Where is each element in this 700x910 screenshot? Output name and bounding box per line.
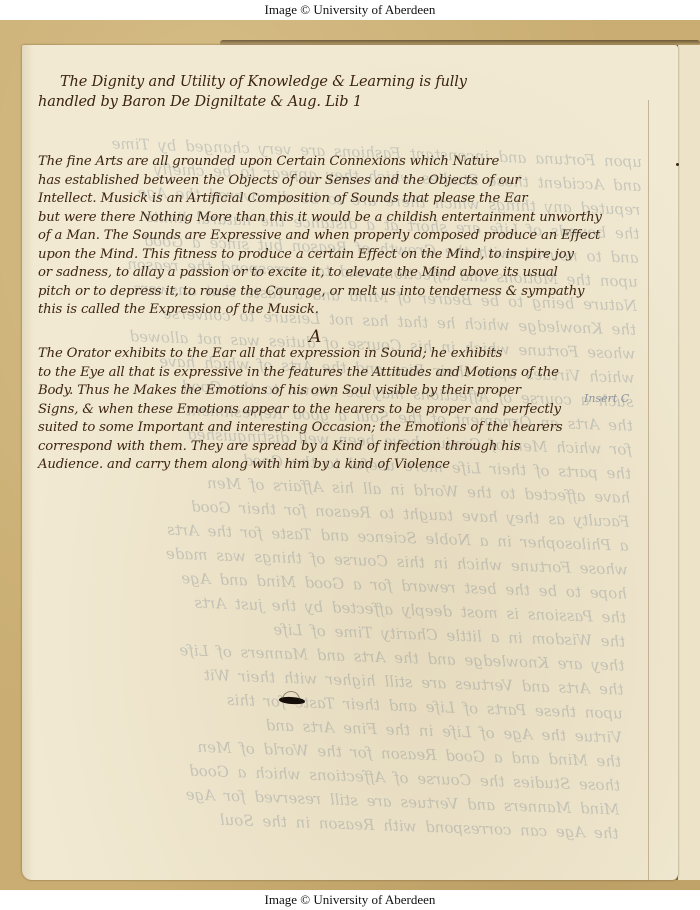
copyright-credit-top: Image © University of Aberdeen [0, 0, 700, 20]
margin-pencil-note: Insert C [584, 392, 629, 405]
text-line: to the Eye all that is expressive in the… [38, 364, 598, 383]
text-line: this is called the Expression of the Mus… [38, 301, 598, 320]
insertion-mark: A [309, 327, 321, 347]
text-line: The Orator exhibits to the Ear all that … [38, 345, 598, 364]
text-line: upon the Mind. This fitness to produce a… [38, 246, 598, 265]
text-line: Body. Thus he Makes the Emotions of his … [38, 382, 598, 401]
text-line: Intellect. Musick is an Artificial Compo… [38, 190, 598, 209]
text-line: pitch or to depress it, to rouse the Cou… [38, 283, 598, 302]
copyright-credit-bottom: Image © University of Aberdeen [0, 890, 700, 910]
heading-line: handled by Baron De Digniltate & Aug. Li… [38, 92, 588, 112]
text-line: suited to some Important and interesting… [38, 419, 598, 438]
page-crease [648, 100, 649, 880]
heading-line: The Dignity and Utility of Knowledge & L… [38, 72, 588, 92]
text-line: but were there Nothing More than this it… [38, 209, 598, 228]
text-line: of a Man. The Sounds are Expressive and … [38, 227, 598, 246]
manuscript-scan: upon Fortuna and inconstant Fashions are… [0, 20, 700, 890]
text-line: correspond with them. They are spread by… [38, 438, 598, 457]
text-line: Audience. and carry them along with him … [38, 456, 598, 475]
paragraph-fine-arts: The fine Arts are all grounded upon Cert… [38, 153, 598, 320]
manuscript-heading: The Dignity and Utility of Knowledge & L… [38, 72, 588, 112]
text-line: Signs, & when these Emotions appear to t… [38, 401, 598, 420]
paragraph-orator: The Orator exhibits to the Ear all that … [38, 345, 598, 475]
facing-page-edge [676, 45, 700, 880]
ink-spot [676, 163, 679, 166]
text-line: The fine Arts are all grounded upon Cert… [38, 153, 598, 172]
text-line: has established between the Objects of o… [38, 172, 598, 191]
text-line: or sadness, to allay a passion or to exc… [38, 264, 598, 283]
